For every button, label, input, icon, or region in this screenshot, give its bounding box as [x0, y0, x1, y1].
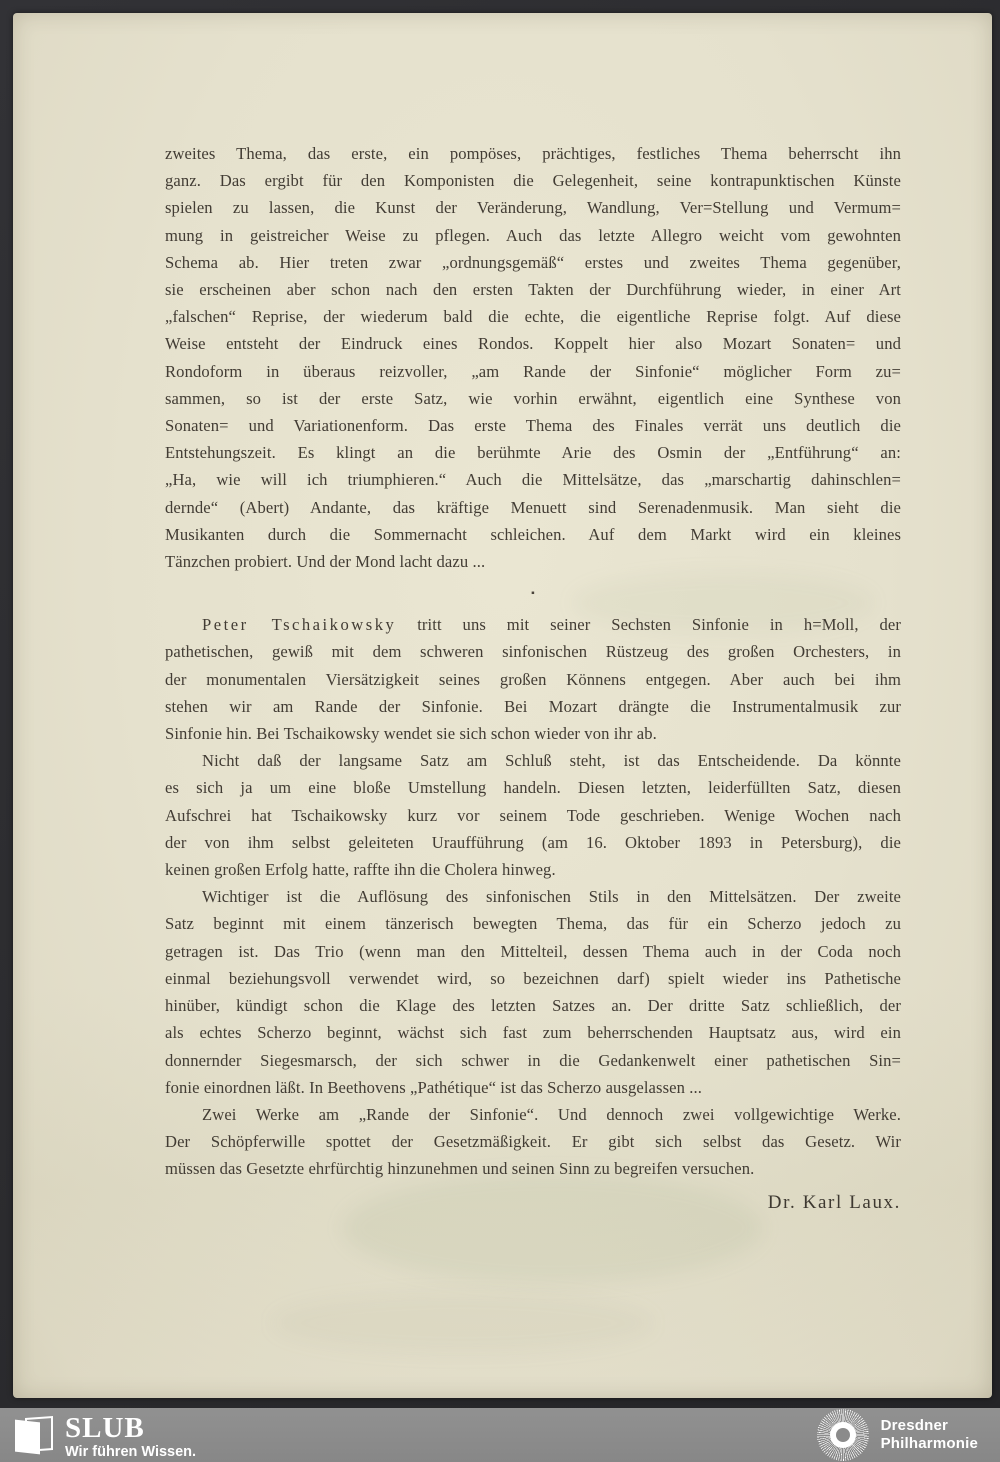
scanned-page: zweites Thema, das erste, ein pompöses, … [13, 13, 992, 1398]
paragraph-tschaikowsky-intro: Peter Tschaikowsky tritt uns mit seiner … [165, 611, 901, 747]
text-line: „falschen“ Reprise, der wiederum bald di… [165, 303, 901, 330]
page-text-block: zweites Thema, das erste, ein pompöses, … [165, 140, 901, 1216]
paragraph-conclusion: Zwei Werke am „Rande der Sinfonie“. Und … [165, 1101, 901, 1183]
text-line: mung in geistreicher Weise zu pflegen. A… [165, 222, 901, 249]
open-book-icon [13, 1415, 55, 1457]
text-line: Weise entsteht der Eindruck eines Rondos… [165, 330, 901, 357]
text-line: als echtes Scherzo beginnt, wächst sich … [165, 1019, 901, 1046]
text-line: Sinfonie hin. Bei Tschaikowsky wendet si… [165, 720, 901, 747]
slub-tagline: Wir führen Wissen. [65, 1444, 196, 1461]
library-footer-bar: SLUB Wir führen Wissen. Dresdner Philhar… [0, 1408, 1000, 1462]
text-line: ganz. Das ergibt für den Komponisten die… [165, 167, 901, 194]
text-line: Wichtiger ist die Auflösung des sinfonis… [165, 883, 901, 910]
text-line: pathetischen, gewiß mit dem schweren sin… [165, 638, 901, 665]
emphasized-name: Peter Tschaikowsky [202, 615, 396, 634]
book-front-page [15, 1420, 40, 1455]
text-line: Tänzchen probiert. Und der Mond lacht da… [165, 548, 901, 575]
scan-background-frame: zweites Thema, das erste, ein pompöses, … [0, 0, 1000, 1408]
slub-wordmark: SLUB Wir führen Wissen. [65, 1413, 196, 1461]
philharmonie-line2: Philharmonie [881, 1435, 978, 1453]
text-line: Satz beginnt mit einem tänzerisch bewegt… [165, 910, 901, 937]
text-line: dernde“ (Abert) Andante, das kräftige Me… [165, 494, 901, 521]
author-signature: Dr. Karl Laux. [165, 1189, 901, 1216]
text-line: Schema ab. Hier treten zwar „ordnungsgem… [165, 249, 901, 276]
text-line: es sich ja um eine bloße Umstellung hand… [165, 774, 901, 801]
paragraph-last-movement: Nicht daß der langsame Satz am Schluß st… [165, 747, 901, 883]
sunburst-icon [817, 1409, 869, 1461]
text-line: hinüber, kündigt schon die Klage des let… [165, 992, 901, 1019]
text-line: Aufschrei hat Tschaikowsky kurz vor sein… [165, 802, 901, 829]
sunburst-center [836, 1428, 850, 1442]
text-line: Entstehungszeit. Es klingt an die berühm… [165, 439, 901, 466]
text-line: fonie einordnen läßt. In Beethovens „Pat… [165, 1074, 901, 1101]
text-line: keinen großen Erfolg hatte, raffte ihn d… [165, 856, 901, 883]
text-line: der von ihm selbst geleiteten Uraufführu… [165, 829, 901, 856]
text-line: der monumentalen Viersätzigkeit seines g… [165, 666, 901, 693]
text-line: zweites Thema, das erste, ein pompöses, … [165, 140, 901, 167]
text-line: Der Schöpferwille spottet der Gesetzmäßi… [165, 1128, 901, 1155]
section-separator-mark: ▪ [165, 581, 901, 607]
text-line: Nicht daß der langsame Satz am Schluß st… [165, 747, 901, 774]
slub-logo: SLUB Wir führen Wissen. [13, 1413, 196, 1461]
slub-title: SLUB [65, 1413, 196, 1443]
text-line: getragen ist. Das Trio (wenn man den Mit… [165, 938, 901, 965]
paragraph-middle-movements: Wichtiger ist die Auflösung des sinfonis… [165, 883, 901, 1101]
text-line: Musikanten durch die Sommernacht schleic… [165, 521, 901, 548]
text-line: müssen das Gesetzte ehrfürchtig hinzuneh… [165, 1155, 901, 1182]
text-line: einmal beziehungsvoll verwendet wird, so… [165, 965, 901, 992]
text-line: stehen wir am Rande der Sinfonie. Bei Mo… [165, 693, 901, 720]
text-line: Rondoform in überaus reizvoller, „am Ran… [165, 358, 901, 385]
text-line: sammen, so ist der erste Satz, wie vorhi… [165, 385, 901, 412]
text-line: spielen zu lassen, die Kunst der Verände… [165, 194, 901, 221]
paragraph-mozart-finale: zweites Thema, das erste, ein pompöses, … [165, 140, 901, 575]
text-line-rest: tritt uns mit seiner Sechsten Sinfonie i… [417, 615, 901, 634]
text-line: sie erscheinen aber schon nach den erste… [165, 276, 901, 303]
text-line: „Ha, wie will ich triumphieren.“ Auch di… [165, 466, 901, 493]
philharmonie-line1: Dresdner [881, 1417, 978, 1435]
philharmonie-wordmark: Dresdner Philharmonie [881, 1417, 978, 1453]
text-line: Zwei Werke am „Rande der Sinfonie“. Und … [165, 1101, 901, 1128]
text-line: donnernder Siegesmarsch, der sich schwer… [165, 1047, 901, 1074]
dresdner-philharmonie-logo: Dresdner Philharmonie [817, 1408, 978, 1462]
text-line: Sonaten= und Variationenform. Das erste … [165, 412, 901, 439]
reverse-side-show-through [273, 1293, 653, 1353]
text-line: Peter Tschaikowsky tritt uns mit seiner … [165, 611, 901, 638]
